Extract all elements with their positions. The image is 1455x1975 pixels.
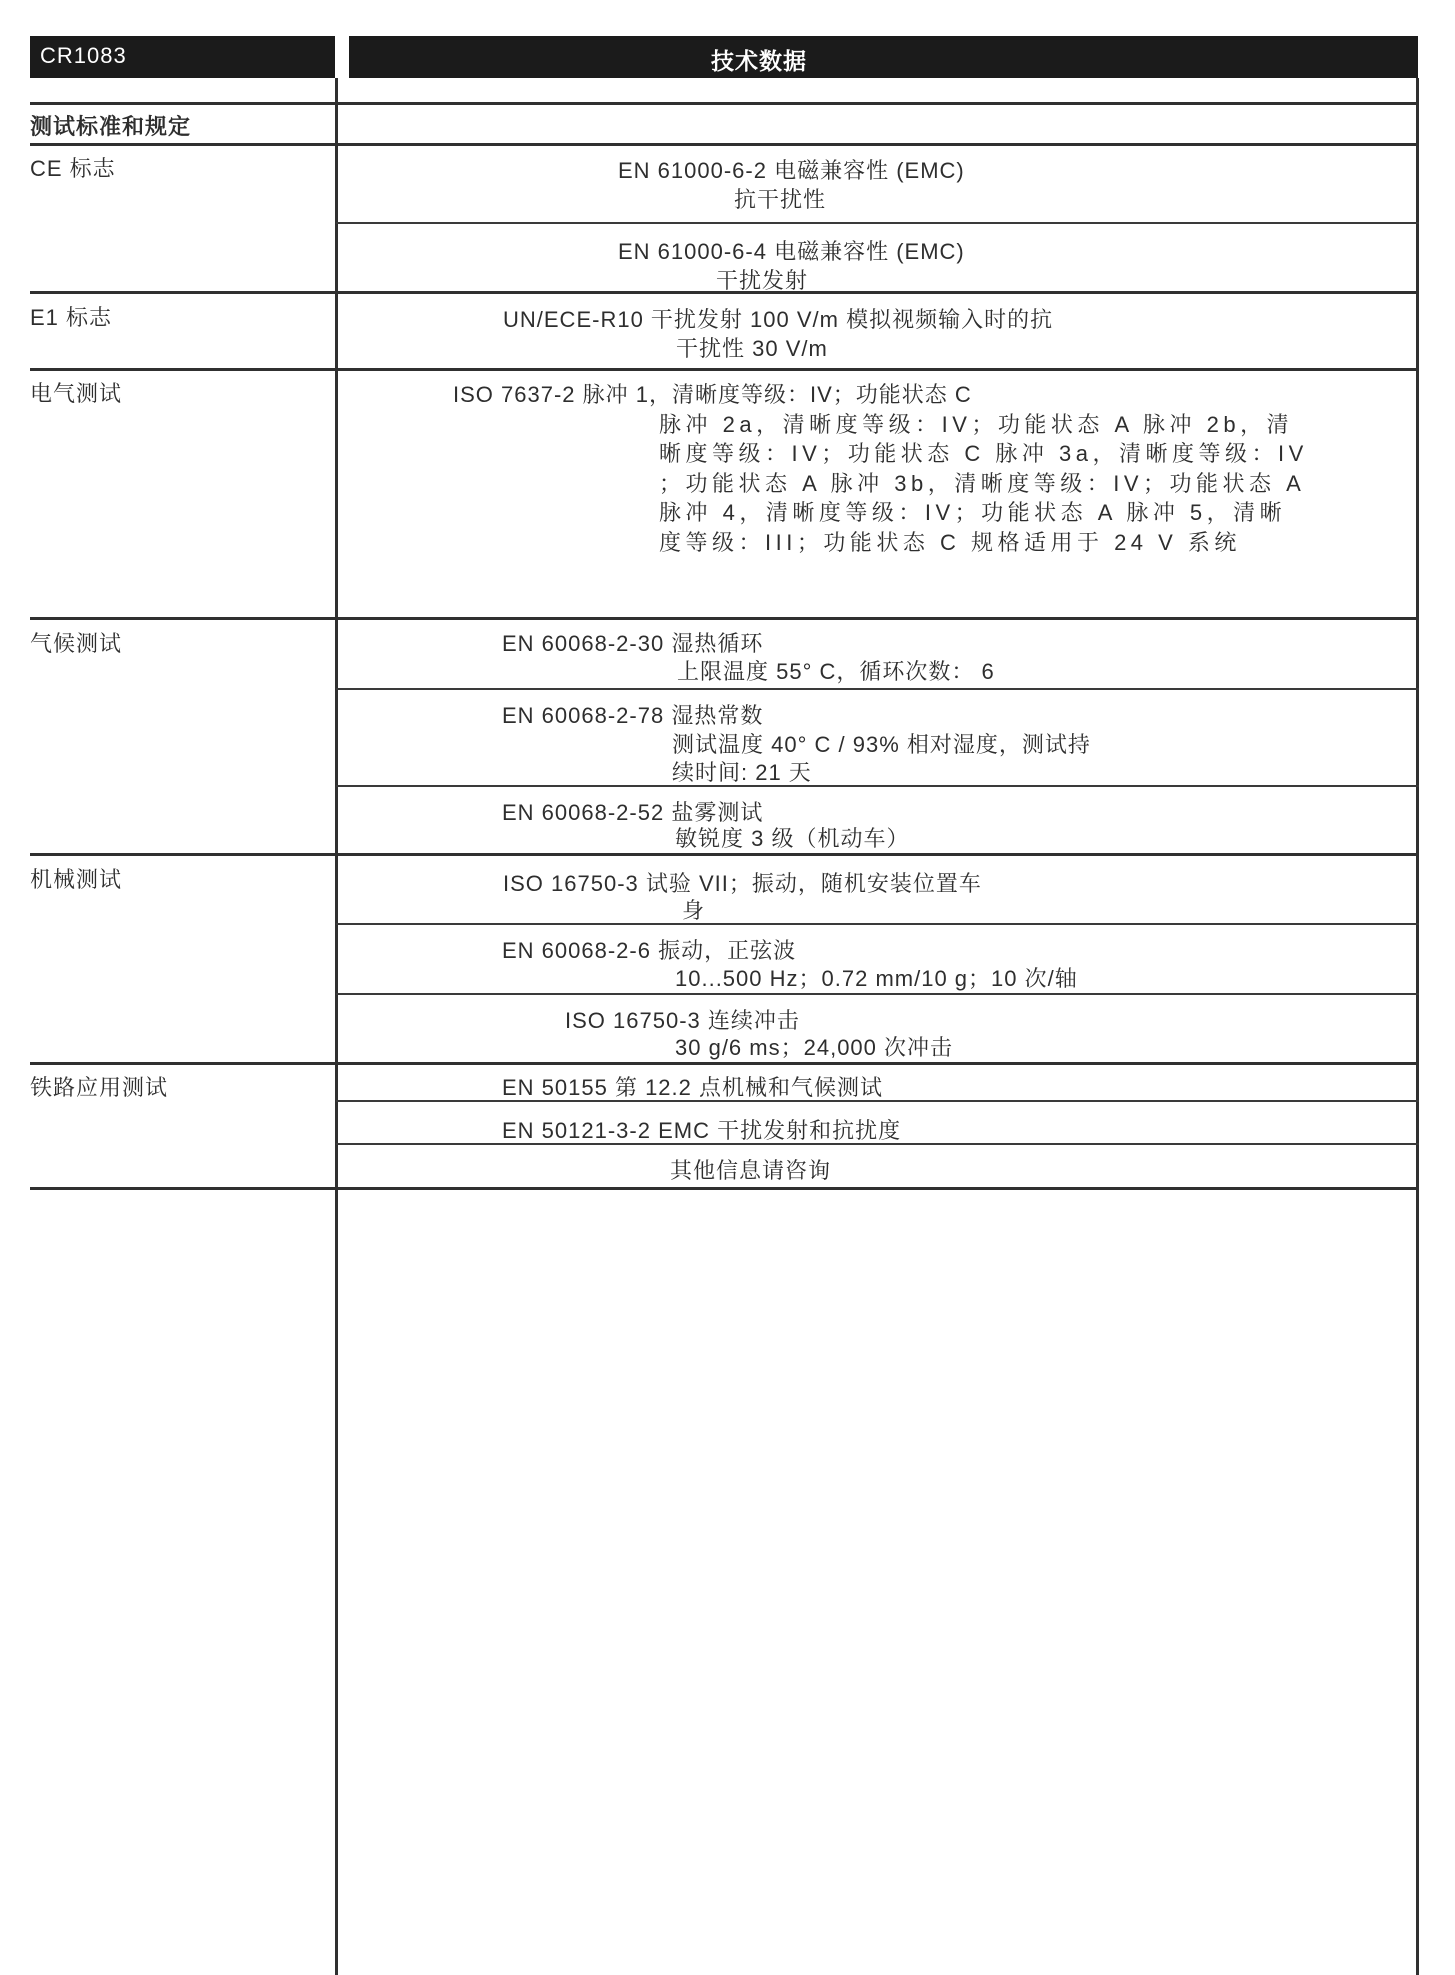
section-rule [30,617,1419,620]
subrow-rule [336,923,1419,925]
value-iso-7637-2-line1: ISO 7637-2 脉冲 1，清晰度等级：IV；功能状态 C [453,378,972,409]
value-en-60068-2-6: EN 60068-2-6 振动，正弦波 [502,934,796,965]
value-en-60068-2-52-detail: 敏锐度 3 级（机动车） [675,822,909,853]
product-code: CR1083 [40,43,127,69]
value-iso-7637-2-line5: 脉冲 4，清晰度等级：IV；功能状态 A 脉冲 5，清晰 [659,496,1286,527]
section-rule [30,143,1419,146]
row-label-railway-test: 铁路应用测试 [30,1071,168,1102]
value-iso-16750-3-vibration: ISO 16750-3 试验 VII；振动，随机安装位置车 [503,867,982,898]
section-rule [30,102,1419,105]
section-header-test-standards: 测试标准和规定 [30,110,191,141]
subrow-rule [336,785,1419,787]
value-immunity: 抗干扰性 [734,183,826,214]
value-en-60068-2-78-detail2: 续时间: 21 天 [672,756,812,787]
section-rule [30,1187,1419,1190]
section-rule [30,1062,1419,1065]
value-iso-16750-3-vibration-cont: 身 [682,894,705,925]
section-rule [30,368,1419,371]
value-emission: 干扰发射 [716,264,808,295]
value-iso-7637-2-line2: 脉冲 2a，清晰度等级：IV；功能状态 A 脉冲 2b，清 [659,408,1293,439]
value-un-ece-r10-line1: UN/ECE-R10 干扰发射 100 V/m 模拟视频输入时的抗 [503,303,1053,334]
value-en-60068-2-78: EN 60068-2-78 湿热常数 [502,699,763,730]
value-en-60068-2-30-detail: 上限温度 55° C，循环次数： 6 [677,655,995,686]
row-label-ce-mark: CE 标志 [30,152,116,183]
subrow-rule [336,688,1419,690]
row-label-e1-mark: E1 标志 [30,301,112,332]
value-en-60068-2-30: EN 60068-2-30 湿热循环 [502,627,763,658]
value-en-50155: EN 50155 第 12.2 点机械和气候测试 [502,1071,883,1102]
column-divider-line [335,78,338,1975]
subrow-rule [336,993,1419,995]
value-iso-7637-2-line6: 度等级：III；功能状态 C 规格适用于 24 V 系统 [659,526,1241,557]
row-label-climate-test: 气候测试 [30,627,122,658]
value-en-50121-3-2: EN 50121-3-2 EMC 干扰发射和抗扰度 [502,1114,901,1145]
datasheet-page: CR1083 技术数据 测试标准和规定 CE 标志 E1 标志 电气测试 气候测… [0,0,1455,1975]
row-label-mechanical-test: 机械测试 [30,863,122,894]
value-iso-7637-2-line3: 晰度等级：IV；功能状态 C 脉冲 3a，清晰度等级：IV [659,437,1308,468]
table-right-border-line [1416,78,1419,1975]
value-more-info-note: 其他信息请咨询 [670,1154,831,1185]
value-en-61000-6-2: EN 61000-6-2 电磁兼容性 (EMC) [618,154,965,185]
page-title: 技术数据 [349,43,1169,76]
value-iso-7637-2-line4: ；功能状态 A 脉冲 3b，清晰度等级：IV；功能状态 A [659,467,1305,498]
value-un-ece-r10-line2: 干扰性 30 V/m [676,332,828,363]
value-en-60068-2-6-detail: 10...500 Hz；0.72 mm/10 g；10 次/轴 [675,962,1078,993]
value-en-61000-6-4: EN 61000-6-4 电磁兼容性 (EMC) [618,235,965,266]
row-label-electrical-test: 电气测试 [30,377,122,408]
subrow-rule [336,222,1419,224]
value-en-60068-2-78-detail1: 测试温度 40° C / 93% 相对湿度，测试持 [672,728,1091,759]
value-iso-16750-3-shock-detail: 30 g/6 ms；24,000 次冲击 [675,1031,953,1062]
section-rule [30,853,1419,856]
